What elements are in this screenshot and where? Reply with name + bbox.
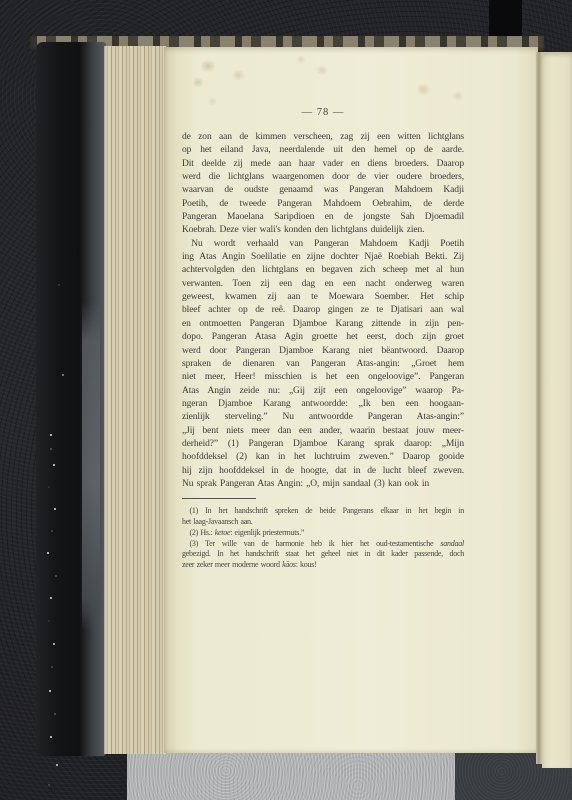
text-line: „Jij bent niets meer dan een ander, waar…: [182, 425, 464, 438]
marbled-veins: [50, 434, 52, 436]
body-paragraph: Nu wordt verhaald van Pangeran Mahdoem K…: [182, 238, 464, 492]
text-line: zienlijk sterveling.” Nu antwoordde Pang…: [182, 411, 464, 424]
text-line: niet meer, Heer! misschien is het een on…: [182, 371, 464, 384]
next-page-edge: [542, 52, 572, 768]
text-line: (1) In het handschrift spreken de beide …: [182, 506, 464, 517]
text-line: ngeran Djamboe Karang antwoordde: „Ik be…: [182, 398, 464, 411]
text-line: verwanten. Toen zij een dag en een nacht…: [182, 278, 464, 291]
text-line: derheid?” (1) Pangeran Djamboe Karang sp…: [182, 438, 464, 451]
text-line: het laag-Javaansch aan.: [182, 517, 464, 528]
text-line: en ontmoetten Pangeran Djamboe Karang zi…: [182, 318, 464, 331]
body-text: de zon aan de kimmen verscheen, zag zij …: [182, 131, 464, 491]
footnotes: (1) In het handschrift spreken de beide …: [182, 506, 464, 571]
footnote: (3) Ter wille van de harmonie heb ik hie…: [182, 539, 464, 571]
text-line: ing Atas Angin Soelilatie en zijne docht…: [182, 251, 464, 264]
text-line: achtervolgden den lichtglans en begaven …: [182, 264, 464, 277]
footnote: (1) In het handschrift spreken de beide …: [182, 506, 464, 528]
text-line: (2) Hs.: ketoe: eigenlijk priestermuts.”: [182, 528, 464, 539]
page-edges-stack: [104, 46, 166, 754]
text-line: werd door Pangeran Djamboe Karang niet b…: [182, 345, 464, 358]
text-line: Pangeran Maoelana Saripdioen en de jongs…: [182, 211, 464, 224]
footnote-rule: [182, 498, 256, 499]
text-line: Dit deelde zij mede aan haar vader en di…: [182, 158, 464, 171]
text-line: spraken de dienaren van Pangeran Atas-an…: [182, 358, 464, 371]
text-line: hij zijn hoofddeksel in de hoogte, dat i…: [182, 465, 464, 478]
table-mat: [127, 752, 457, 800]
text-line: Atas Angin zeide nu: „Gij zijt een ongel…: [182, 385, 464, 398]
text-line: waarvan de oudste genaamd was Pangeran M…: [182, 184, 464, 197]
book-cover-edge: [36, 42, 106, 756]
book-photo-scene: — 78 — de zon aan de kimmen verscheen, z…: [0, 0, 572, 800]
footnote: (2) Hs.: ketoe: eigenlijk priestermuts.”: [182, 528, 464, 539]
text-line: op het eiland Java, neerdalende uit den …: [182, 144, 464, 157]
text-line: Koebrah. Deze vier wali's konden den lic…: [182, 224, 464, 237]
cover-wear-patch: [82, 302, 100, 632]
text-line: Nu sprak Pangeran Atas Angin: „O, mijn s…: [182, 478, 464, 491]
text-line: (3) Ter wille van de harmonie heb ik hie…: [182, 539, 464, 550]
text-column: — 78 — de zon aan de kimmen verscheen, z…: [182, 47, 464, 571]
text-line: werd die lichtglans waargenomen door de …: [182, 171, 464, 184]
text-line: de zon aan de kimmen verscheen, zag zij …: [182, 131, 464, 144]
text-line: geweest, kwamen zij aan te Moewara Soemb…: [182, 291, 464, 304]
book-page: — 78 — de zon aan de kimmen verscheen, z…: [164, 47, 538, 753]
text-line: dopo. Pangeran Atasa Agin groette het ee…: [182, 331, 464, 344]
text-line: zeer zeker meer moderne woord kāos: kous…: [182, 560, 464, 571]
body-paragraph: de zon aan de kimmen verscheen, zag zij …: [182, 131, 464, 238]
text-line: gebezigd. In het handschrift staat het g…: [182, 549, 464, 560]
text-line: hoofddeksel (2) kan in het luchtruim zwe…: [182, 451, 464, 464]
page-number: — 78 —: [182, 107, 464, 118]
text-line: bleef achter op de reê. Daarop gingen ze…: [182, 304, 464, 317]
text-line: Poetih, de tweede Pangeran Mahdoem Oebra…: [182, 198, 464, 211]
text-line: Nu wordt verhaald van Pangeran Mahdoem K…: [182, 238, 464, 251]
